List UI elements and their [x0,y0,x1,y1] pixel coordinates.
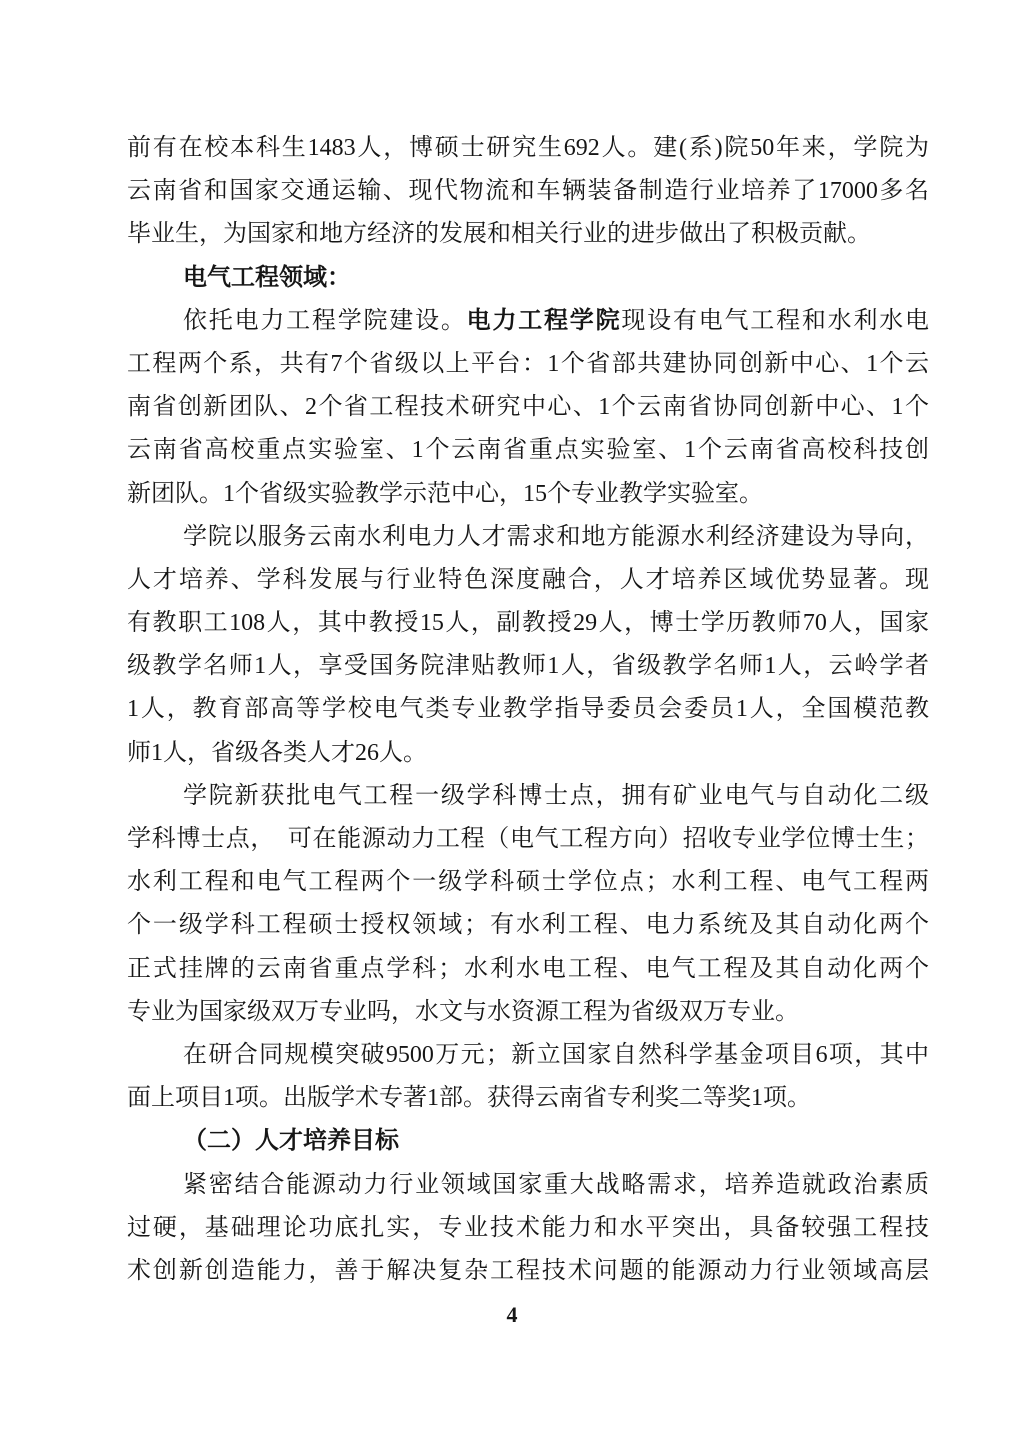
text-line: 前有在校本科生1483人，博硕士研究生692人。建(系)院50年来，学院为 [127,127,929,170]
text-line: 人才培养、学科发展与行业特色深度融合，人才培养区域优势显著。现 [127,559,929,602]
text-line: 过硬，基础理论功底扎实，专业技术能力和水平突出，具备较强工程技 [127,1207,929,1250]
text-segment: 学科博士点， 可在能源动力工程（电气工程方向）招收专业学位博士生； [127,826,929,852]
text-segment: 有教职工108人，其中教授15人，副教授29人，博士学历教师70人，国家 [127,610,929,636]
text-line: 级教学名师1人，享受国务院津贴教师1人，省级教学名师1人，云岭学者 [127,645,929,688]
text-segment: 南省创新团队、2个省工程技术研究中心、1个云南省协同创新中心、1个 [127,394,929,420]
text-line: 云南省和国家交通运输、现代物流和车辆装备制造行业培养了17000多名 [127,170,929,213]
text-segment: 专业为国家级双万专业吗，水文与水资源工程为省级双万专业。 [127,999,799,1025]
text-segment: 过硬，基础理论功底扎实，专业技术能力和水平突出，具备较强工程技 [127,1215,929,1241]
document-body: 前有在校本科生1483人，博硕士研究生692人。建(系)院50年来，学院为云南省… [127,127,929,1293]
text-segment: 工程两个系，共有7个省级以上平台：1个省部共建协同创新中心、1个云 [127,351,929,377]
text-line: 术创新创造能力，善于解决复杂工程技术问题的能源动力行业领域高层 [127,1250,929,1293]
bold-text-segment: （二）人才培养目标 [183,1128,399,1154]
text-line: 师1人，省级各类人才26人。 [127,732,929,775]
text-line: 学院新获批电气工程一级学科博士点，拥有矿业电气与自动化二级 [127,775,929,818]
text-line: 个一级学科工程硕士授权领域；有水利工程、电力系统及其自动化两个 [127,904,929,947]
section-heading: （二）人才培养目标 [127,1120,929,1163]
text-line: 正式挂牌的云南省重点学科；水利水电工程、电气工程及其自动化两个 [127,948,929,991]
text-line: 工程两个系，共有7个省级以上平台：1个省部共建协同创新中心、1个云 [127,343,929,386]
text-segment: 现设有电气工程和水利水电 [621,308,929,334]
text-line: 紧密结合能源动力行业领域国家重大战略需求，培养造就政治素质 [127,1164,929,1207]
text-line: 依托电力工程学院建设。电力工程学院现设有电气工程和水利水电 [127,300,929,343]
text-line: 水利工程和电气工程两个一级学科硕士学位点；水利工程、电气工程两 [127,861,929,904]
text-segment: 紧密结合能源动力行业领域国家重大战略需求，培养造就政治素质 [183,1172,929,1198]
text-segment: 术创新创造能力，善于解决复杂工程技术问题的能源动力行业领域高层 [127,1258,929,1284]
text-segment: 学院新获批电气工程一级学科博士点，拥有矿业电气与自动化二级 [183,783,929,809]
text-line: 新团队。1个省级实验教学示范中心，15个专业教学实验室。 [127,473,929,516]
text-line: 学院以服务云南水利电力人才需求和地方能源水利经济建设为导向， [127,516,929,559]
text-line: 云南省高校重点实验室、1个云南省重点实验室、1个云南省高校科技创 [127,429,929,472]
text-segment: 面上项目1项。出版学术专著1部。获得云南省专利奖二等奖1项。 [127,1085,811,1111]
text-segment: 1人，教育部高等学校电气类专业教学指导委员会委员1人，全国模范教 [127,696,929,722]
text-segment: 新团队。1个省级实验教学示范中心，15个专业教学实验室。 [127,481,763,507]
text-segment: 级教学名师1人，享受国务院津贴教师1人，省级教学名师1人，云岭学者 [127,653,929,679]
text-segment: 云南省和国家交通运输、现代物流和车辆装备制造行业培养了17000多名 [127,178,929,204]
text-line: 有教职工108人，其中教授15人，副教授29人，博士学历教师70人，国家 [127,602,929,645]
text-segment: 前有在校本科生1483人，博硕士研究生692人。建(系)院50年来，学院为 [127,135,929,161]
text-segment: 毕业生，为国家和地方经济的发展和相关行业的进步做出了积极贡献。 [127,221,871,247]
text-segment: 学院以服务云南水利电力人才需求和地方能源水利经济建设为导向， [183,524,929,550]
text-segment: 水利工程和电气工程两个一级学科硕士学位点；水利工程、电气工程两 [127,869,929,895]
text-line: 毕业生，为国家和地方经济的发展和相关行业的进步做出了积极贡献。 [127,213,929,256]
text-segment: 在研合同规模突破9500万元；新立国家自然科学基金项目6项，其中 [183,1042,929,1068]
page-number: 4 [0,1303,1024,1327]
document-page: 前有在校本科生1483人，博硕士研究生692人。建(系)院50年来，学院为云南省… [0,0,1024,1447]
text-segment: 师1人，省级各类人才26人。 [127,740,427,766]
text-segment: 人才培养、学科发展与行业特色深度融合，人才培养区域优势显著。现 [127,567,929,593]
bold-text-segment: 电气工程领域： [183,265,351,291]
text-line: 1人，教育部高等学校电气类专业教学指导委员会委员1人，全国模范教 [127,688,929,731]
section-heading: 电气工程领域： [127,257,929,300]
text-segment: 个一级学科工程硕士授权领域；有水利工程、电力系统及其自动化两个 [127,912,929,938]
text-segment: 云南省高校重点实验室、1个云南省重点实验室、1个云南省高校科技创 [127,437,929,463]
text-segment: 依托电力工程学院建设。 [183,308,467,334]
bold-text-segment: 电力工程学院 [467,308,622,334]
text-line: 专业为国家级双万专业吗，水文与水资源工程为省级双万专业。 [127,991,929,1034]
text-line: 学科博士点， 可在能源动力工程（电气工程方向）招收专业学位博士生； [127,818,929,861]
text-line: 在研合同规模突破9500万元；新立国家自然科学基金项目6项，其中 [127,1034,929,1077]
text-line: 面上项目1项。出版学术专著1部。获得云南省专利奖二等奖1项。 [127,1077,929,1120]
text-segment: 正式挂牌的云南省重点学科；水利水电工程、电气工程及其自动化两个 [127,956,929,982]
text-line: 南省创新团队、2个省工程技术研究中心、1个云南省协同创新中心、1个 [127,386,929,429]
